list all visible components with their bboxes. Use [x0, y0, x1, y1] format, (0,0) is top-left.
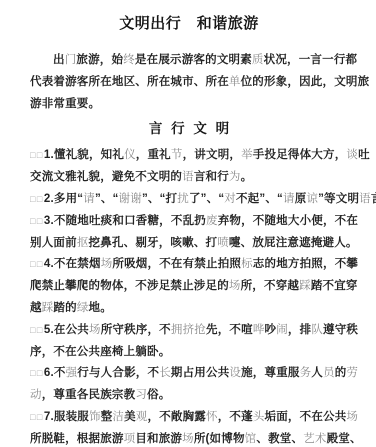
- text-segment: 多用“: [54, 193, 83, 205]
- text-segment: 遵守秩: [323, 324, 358, 336]
- text-segment: 不: [54, 367, 66, 379]
- text-segment: 交流文雅礼貌，避免不文明的: [30, 171, 182, 183]
- text-segment: 。: [241, 171, 253, 183]
- text-segment: 场: [101, 258, 113, 270]
- text-segment: 谅: [306, 193, 318, 205]
- text-segment: 队: [311, 324, 323, 336]
- placeholder-box-glyphs: □□: [30, 194, 44, 204]
- text-segment: 请: [83, 193, 95, 205]
- text-segment: 整: [101, 411, 113, 423]
- text-line: □□5.在公共场所守秩序，不拥挤抢先，不喧哗吵闹，排队遵守秩: [30, 320, 348, 342]
- text-segment: 旅游，始: [76, 54, 123, 66]
- rule-item-4: □□4.不在禁烟场所吸烟，不在有禁止拍照标志的地方拍照，不攀爬禁止攀爬的物体，不…: [30, 254, 348, 319]
- text-segment: ，讲文明，: [183, 149, 242, 161]
- text-line: 代表着游客所在地区、所在城市、所在单位的形象，因此，文明旅: [30, 72, 348, 94]
- text-segment: 服装服: [54, 411, 89, 423]
- text-segment: 吐: [358, 149, 370, 161]
- text-segment: 抠: [77, 237, 89, 249]
- text-segment: 场: [229, 280, 241, 292]
- text-segment: 言和行: [194, 171, 229, 183]
- text-segment: 闹: [276, 324, 288, 336]
- text-segment: 所(如博物: [194, 433, 245, 445]
- text-segment: 所脱鞋，根据旅游: [30, 433, 124, 445]
- text-line: 所脱鞋，根据旅游项目和旅游场所(如博物馆、教堂、艺术殿堂、: [30, 429, 348, 447]
- text-segment: 不随地吐痰和口香糖，不乱扔: [54, 215, 206, 227]
- text-segment: 言。: [371, 193, 376, 205]
- text-segment: 踩: [299, 280, 311, 292]
- text-line: □□3.不随地吐痰和口香糖，不乱扔废弃物，不随地大小便，不在: [30, 211, 348, 233]
- text-segment: ”等文明: [318, 193, 359, 205]
- text-segment: 踏的: [53, 302, 76, 314]
- text-segment: ，排: [288, 324, 311, 336]
- text-segment: 所守秩序，不: [101, 324, 171, 336]
- text-segment: 踩: [42, 302, 54, 314]
- text-segment: 俗。: [147, 389, 170, 401]
- text-segment: 位的形象，因此，文明旅: [241, 76, 370, 88]
- text-segment: ，重礼: [136, 149, 171, 161]
- text-segment: 洁: [112, 411, 124, 423]
- rule-item-7: □□7.服装服饰整洁美观，不敞胸露怀，不蓬头垢面，不在公共场所脱鞋，根据旅游项目…: [30, 407, 348, 447]
- text-segment: 施，尊重服: [241, 367, 300, 379]
- text-segment: 语: [182, 171, 194, 183]
- text-line: □□6.不强行与人合影，不长期占用公共设施，尊重服务人员的劳: [30, 363, 348, 385]
- text-segment: 谢谢: [119, 193, 142, 205]
- text-segment: 别人面前: [30, 237, 77, 249]
- text-line: 出门旅游，始终是在展示游客的文明素质状况，一言一行都: [30, 50, 348, 72]
- text-segment: 美: [124, 411, 136, 423]
- text-segment: 务: [300, 367, 312, 379]
- text-segment: 习: [135, 389, 147, 401]
- text-segment: 垢面，不在公共: [265, 411, 347, 423]
- text-segment: 在公共: [54, 324, 89, 336]
- placeholder-box-glyphs: □□: [30, 368, 44, 378]
- text-segment: 场: [346, 411, 358, 423]
- text-line: □□2.多用“请”、“谢谢”、“打扰了”、“对不起”、“请原谅”等文明语言。: [30, 189, 348, 211]
- rules-list: □□1.懂礼貌，知礼仪，重礼节，讲文明，举手投足得体大方，谈吐交流文雅礼貌，避免…: [30, 145, 348, 447]
- text-segment: 目和旅游: [135, 433, 182, 445]
- text-segment: 项: [124, 433, 136, 445]
- text-segment: 谈: [346, 149, 358, 161]
- text-line: 爬禁止攀爬的物体，不涉足禁止涉足的场所，不穿越踩踏不宜穿: [30, 276, 348, 298]
- text-segment: 所吸烟，不在有禁止拍照: [112, 258, 241, 270]
- text-segment: ”、“打: [142, 193, 177, 205]
- text-segment: 期占用公共: [171, 367, 230, 379]
- text-line: 游非常重要。: [30, 94, 348, 116]
- text-segment: 吵: [265, 324, 277, 336]
- text-segment: 嚏、放屁注意遮掩避人。: [229, 237, 358, 249]
- text-segment: 序，不在公共座椅上躺卧。: [30, 346, 170, 358]
- text-line: 动，尊重各民族宗教习俗。: [30, 385, 348, 407]
- text-segment: 观: [136, 411, 148, 423]
- text-segment: 场: [182, 433, 194, 445]
- text-segment: 门: [65, 54, 77, 66]
- text-line: 越踩踏的绿地。: [30, 298, 348, 320]
- text-segment: 、教堂、: [256, 433, 303, 445]
- text-segment: 越: [30, 302, 42, 314]
- placeholder-box-glyphs: □□: [30, 216, 44, 226]
- section-heading: 言 行 文 明: [30, 120, 348, 138]
- text-segment: 为: [229, 171, 241, 183]
- text-segment: ，不敞胸露: [148, 411, 207, 423]
- text-segment: 设: [229, 367, 241, 379]
- text-segment: 怀: [206, 411, 218, 423]
- rule-item-2: □□2.多用“请”、“谢谢”、“打扰了”、“对不起”、“请原谅”等文明语言。: [30, 189, 348, 211]
- text-line: □□1.懂礼貌，知礼仪，重礼节，讲文明，举手投足得体大方，谈吐: [30, 145, 348, 167]
- placeholder-box-glyphs: □□: [30, 325, 44, 335]
- text-line: 别人面前抠挖鼻孔、剔牙，咳嗽、打喷嚏、放屁注意遮掩避人。: [30, 233, 348, 255]
- text-segment: 强: [66, 367, 78, 379]
- text-segment: 举: [241, 149, 253, 161]
- text-segment: 人: [311, 367, 323, 379]
- text-segment: 5.: [44, 324, 54, 336]
- text-segment: 先，不喧: [206, 324, 253, 336]
- text-segment: 喷: [217, 237, 229, 249]
- text-segment: 仪: [124, 149, 136, 161]
- text-segment: 踏不宜穿: [311, 280, 358, 292]
- text-segment: 爬禁止攀爬的物体，不涉足禁止涉足的: [30, 280, 229, 292]
- text-segment: 绿: [77, 302, 89, 314]
- text-segment: ”、“: [95, 193, 119, 205]
- text-segment: 哗: [253, 324, 265, 336]
- rule-item-1: □□1.懂礼貌，知礼仪，重礼节，讲文明，举手投足得体大方，谈吐交流文雅礼貌，避免…: [30, 145, 348, 189]
- text-segment: 状况，一言一行都: [264, 54, 358, 66]
- text-segment: 不起”、“: [236, 193, 283, 205]
- text-segment: 弃物，不随地大小便，不在: [218, 215, 358, 227]
- text-segment: 游非常重要。: [30, 98, 100, 110]
- page-title: 文明出行 和谐旅游: [30, 14, 348, 34]
- placeholder-box-glyphs: □□: [30, 259, 44, 269]
- text-segment: 场: [89, 324, 101, 336]
- text-segment: 单: [229, 76, 241, 88]
- text-segment: 是在展示游客的文明素: [135, 54, 252, 66]
- text-segment: 头: [253, 411, 265, 423]
- text-segment: 志的地方拍照，不攀: [253, 258, 358, 270]
- text-segment: 殿堂、: [327, 433, 362, 445]
- text-segment: 1.: [44, 149, 54, 161]
- text-segment: 3.: [44, 215, 54, 227]
- text-segment: 动: [30, 389, 42, 401]
- text-line: □□4.不在禁烟场所吸烟，不在有禁止拍照标志的地方拍照，不攀: [30, 254, 348, 276]
- text-segment: 4.: [44, 258, 54, 270]
- text-segment: 懂礼貌，知礼: [54, 149, 124, 161]
- intro-paragraph: 出门旅游，始终是在展示游客的文明素质状况，一言一行都代表着游客所在地区、所在城市…: [30, 50, 348, 115]
- placeholder-box-glyphs: □□: [30, 412, 44, 422]
- rule-item-5: □□5.在公共场所守秩序，不拥挤抢先，不喧哗吵闹，排队遵守秩序，不在公共座椅上躺…: [30, 320, 348, 364]
- text-segment: 出: [53, 54, 65, 66]
- text-segment: 代表着游客所在地区、所在城市、所在: [30, 76, 229, 88]
- text-segment: 不在禁烟: [54, 258, 101, 270]
- text-segment: 拥挤抢: [171, 324, 206, 336]
- text-segment: 地。: [89, 302, 112, 314]
- text-segment: 劳: [346, 367, 358, 379]
- text-segment: 了”、“: [189, 193, 224, 205]
- text-line: □□7.服装服饰整洁美观，不敞胸露怀，不蓬头垢面，不在公共场: [30, 407, 348, 429]
- text-segment: 的: [335, 367, 347, 379]
- text-segment: 所，不穿越: [241, 280, 300, 292]
- text-segment: 行与人合影，不: [77, 367, 159, 379]
- text-segment: 质: [252, 54, 264, 66]
- text-segment: 终: [123, 54, 135, 66]
- text-segment: 原: [295, 193, 307, 205]
- text-segment: 7.: [44, 411, 54, 423]
- text-segment: 饰: [89, 411, 101, 423]
- text-segment: ，不蓬: [218, 411, 253, 423]
- text-line: 序，不在公共座椅上躺卧。: [30, 342, 348, 364]
- text-segment: 扰: [177, 193, 189, 205]
- text-segment: 标: [241, 258, 253, 270]
- text-segment: 馆: [245, 433, 257, 445]
- rule-item-3: □□3.不随地吐痰和口香糖，不乱扔废弃物，不随地大小便，不在别人面前抠挖鼻孔、剔…: [30, 211, 348, 255]
- rule-item-6: □□6.不强行与人合影，不长期占用公共设施，尊重服务人员的劳动，尊重各民族宗教习…: [30, 363, 348, 407]
- text-segment: 节: [171, 149, 183, 161]
- text-segment: 挖鼻孔、剔牙，咳嗽、打: [89, 237, 218, 249]
- text-segment: ，尊重各民族宗教: [42, 389, 136, 401]
- document-page: 文明出行 和谐旅游 出门旅游，始终是在展示游客的文明素质状况，一言一行都代表着游…: [0, 0, 376, 447]
- placeholder-box-glyphs: □□: [30, 150, 44, 160]
- text-segment: 6.: [44, 367, 54, 379]
- text-line: 交流文雅礼貌，避免不文明的语言和行为。: [30, 167, 348, 189]
- text-segment: 语: [359, 193, 371, 205]
- text-segment: 员: [323, 367, 335, 379]
- text-segment: 废: [206, 215, 218, 227]
- text-segment: 长: [159, 367, 171, 379]
- text-segment: 2.: [44, 193, 54, 205]
- text-segment: 艺术: [303, 433, 326, 445]
- text-segment: 手投足得体大方，: [253, 149, 347, 161]
- text-segment: 对: [224, 193, 236, 205]
- text-segment: 请: [283, 193, 295, 205]
